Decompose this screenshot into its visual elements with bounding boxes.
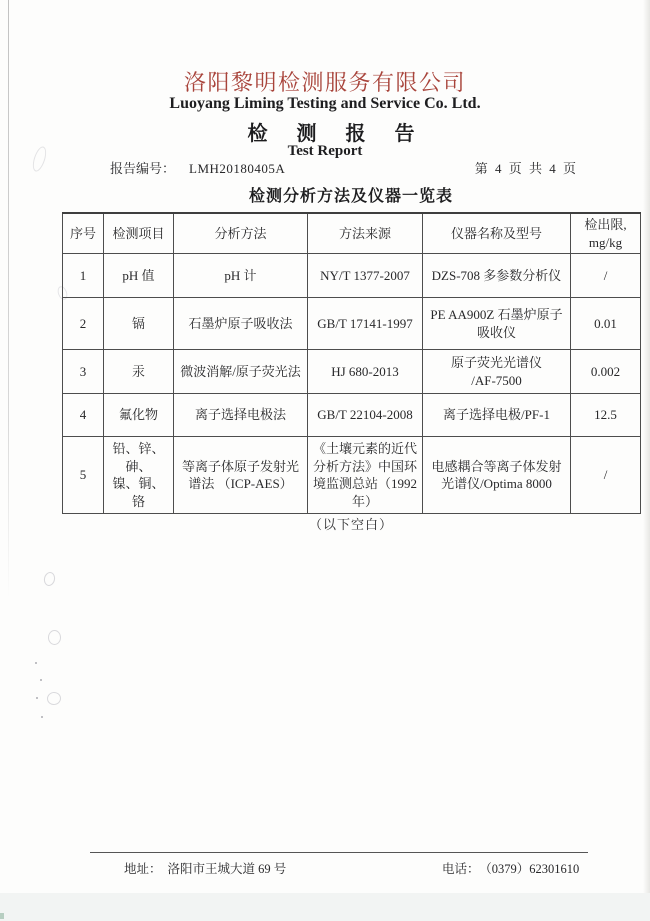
col-header-source: 方法来源 (308, 213, 423, 254)
scanned-report-page: 洛阳黎明检测服务有限公司 Luoyang Liming Testing and … (0, 0, 650, 921)
footer-address: 地址：洛阳市王城大道 69 号 (124, 859, 286, 877)
table-row: 2 镉 石墨炉原子吸收法 GB/T 17141-1997 PE AA900Z 石… (63, 298, 641, 350)
cell-source: NY/T 1377-2007 (308, 254, 423, 298)
scan-speck (35, 662, 37, 664)
col-header-item: 检测项目 (104, 213, 174, 254)
cell-detection-limit: / (571, 437, 641, 514)
cell-source: HJ 680-2013 (308, 350, 423, 394)
cell-seq: 5 (63, 437, 104, 514)
scan-speck (0, 913, 4, 919)
cell-method: 离子选择电极法 (174, 394, 308, 437)
company-name-chinese: 洛阳黎明检测服务有限公司 (0, 66, 650, 97)
cell-detection-limit: 0.002 (571, 350, 641, 394)
cell-instrument: DZS-708 多参数分析仪 (423, 254, 571, 298)
col-header-method: 分析方法 (174, 213, 308, 254)
cell-seq: 3 (63, 350, 104, 394)
cell-source: GB/T 22104-2008 (308, 394, 423, 437)
cell-source: 《土壤元素的近代 分析方法》中国环 境监测总站（1992 年） (308, 437, 423, 514)
cell-instrument: PE AA900Z 石墨炉原子 吸收仪 (423, 298, 571, 350)
scan-pencil-circle (48, 630, 61, 645)
cell-method: 石墨炉原子吸收法 (174, 298, 308, 350)
report-number: 报告编号：LMH20180405A (110, 158, 285, 177)
scan-pencil-circle (43, 571, 57, 587)
report-meta-row: 报告编号：LMH20180405A 第 4 页 共 4 页 (0, 158, 650, 176)
cell-seq: 4 (63, 394, 104, 437)
table-row: 5 铅、锌、砷、 镍、铜、铬 等离子体原子发射光 谱法 （ICP-AES） 《土… (63, 437, 641, 514)
cell-detection-limit: / (571, 254, 641, 298)
report-number-value: LMH20180405A (189, 161, 285, 176)
report-title-chinese: 检 测 报 告 (12, 117, 650, 146)
cell-detection-limit: 0.01 (571, 298, 641, 350)
col-header-detection-limit: 检出限, mg/kg (571, 213, 641, 254)
cell-instrument: 电感耦合等离子体发射 光谱仪/Optima 8000 (423, 437, 571, 514)
methods-instruments-table: 序号 检测项目 分析方法 方法来源 仪器名称及型号 检出限, mg/kg 1 p… (62, 212, 641, 514)
cell-method: pH 计 (174, 254, 308, 298)
scan-edge-bottom (0, 893, 650, 921)
scan-speck (40, 679, 42, 681)
table-row: 1 pH 值 pH 计 NY/T 1377-2007 DZS-708 多参数分析… (63, 254, 641, 298)
footer-phone: 电话：（0379）62301610 (442, 859, 579, 877)
table-row: 4 氟化物 离子选择电极法 GB/T 22104-2008 离子选择电极/PF-… (63, 394, 641, 437)
cell-instrument: 离子选择电极/PF-1 (423, 394, 571, 437)
phone-value: （0379）62301610 (486, 862, 580, 876)
cell-seq: 2 (63, 298, 104, 350)
col-header-instrument: 仪器名称及型号 (423, 213, 571, 254)
col-header-seq: 序号 (63, 213, 104, 254)
table-title: 检测分析方法及仪器一览表 (62, 183, 640, 206)
table-header-row: 序号 检测项目 分析方法 方法来源 仪器名称及型号 检出限, mg/kg (63, 213, 641, 254)
cell-item: pH 值 (104, 254, 174, 298)
address-label: 地址： (124, 862, 162, 876)
scan-speck (36, 697, 38, 699)
cell-item: 氟化物 (104, 394, 174, 437)
cell-method: 微波消解/原子荧光法 (174, 350, 308, 394)
footer-divider (90, 852, 588, 853)
company-name-english: Luoyang Liming Testing and Service Co. L… (0, 95, 650, 113)
cell-item: 汞 (104, 350, 174, 394)
cell-item: 铅、锌、砷、 镍、铜、铬 (104, 437, 174, 514)
cell-source: GB/T 17141-1997 (308, 298, 423, 350)
table-row: 3 汞 微波消解/原子荧光法 HJ 680-2013 原子荧光光谱仪 /AF-7… (63, 350, 641, 394)
cell-instrument: 原子荧光光谱仪 /AF-7500 (423, 350, 571, 394)
cell-item: 镉 (104, 298, 174, 350)
address-value: 洛阳市王城大道 69 号 (168, 862, 287, 876)
phone-label: 电话： (442, 862, 480, 876)
below-blank-note: （以下空白） (62, 514, 640, 533)
scan-pencil-circle (46, 691, 62, 706)
scan-speck (41, 716, 43, 718)
cell-detection-limit: 12.5 (571, 394, 641, 437)
cell-seq: 1 (63, 254, 104, 298)
report-number-label: 报告编号： (110, 161, 175, 176)
page-indicator: 第 4 页 共 4 页 (475, 158, 578, 177)
cell-method: 等离子体原子发射光 谱法 （ICP-AES） (174, 437, 308, 514)
